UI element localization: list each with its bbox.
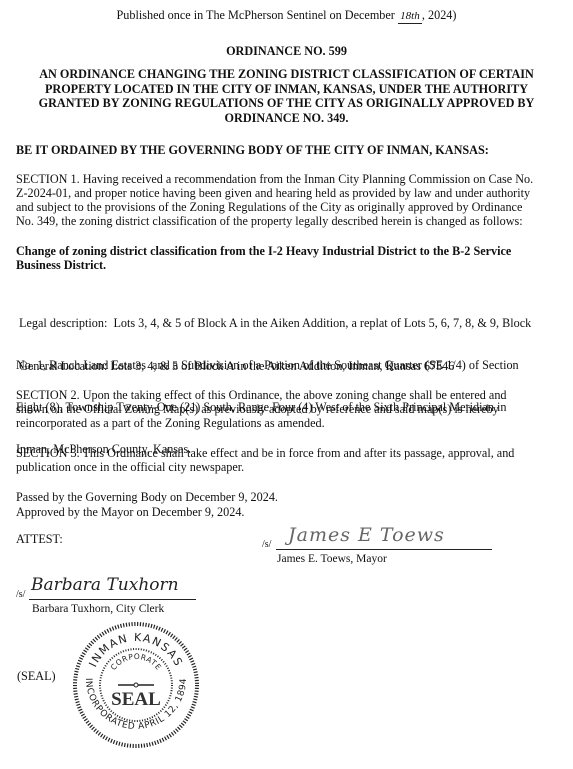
legal-description: Legal description: Lots 3, 4, & 5 of Blo… — [16, 288, 561, 470]
section-1: SECTION 1. Having received a recommendat… — [16, 172, 561, 228]
section-1-line: SECTION 1. Having received a recommendat… — [16, 172, 561, 186]
section-2-line: reincorporated as a part of the Zoning R… — [16, 416, 561, 430]
legal-description-line: Legal description: Lots 3, 4, & 5 of Blo… — [16, 316, 561, 330]
section-1-line: Z-2024-01, and proper notice having been… — [16, 186, 561, 200]
publication-prefix: Published once in The McPherson Sentinel… — [117, 8, 395, 22]
section-1-line: and subject to the provisions of the Zon… — [16, 200, 561, 214]
clerk-sig-prefix: /s/ — [16, 588, 25, 602]
attest-label: ATTEST: — [16, 532, 63, 546]
change-heading-line: Business District. — [16, 258, 561, 272]
publication-note: Published once in The McPherson Sentinel… — [0, 8, 573, 24]
ordinance-title: AN ORDINANCE CHANGING THE ZONING DISTRIC… — [0, 67, 573, 125]
general-location: General Location: Lots 3, 4, & 5 of Bloc… — [16, 359, 561, 373]
section-3-line: publication once in the official city ne… — [16, 460, 561, 474]
section-3-line: SECTION 3. This Ordinance shall take eff… — [16, 446, 561, 460]
ordinance-number: ORDINANCE NO. 599 — [0, 44, 573, 58]
approved-line: Approved by the Mayor on December 9, 202… — [16, 505, 561, 519]
change-heading-line: Change of zoning district classification… — [16, 244, 561, 258]
clerk-signature-block: /s/ Barbara Tuxhorn — [16, 578, 201, 600]
passed-line: Passed by the Governing Body on December… — [16, 490, 561, 504]
corporate-seal-icon: INMAN KANSAS INCORPORATED APRIL 12, 1894… — [70, 619, 202, 751]
section-2-line: SECTION 2. Upon the taking effect of thi… — [16, 388, 561, 402]
change-heading: Change of zoning district classification… — [16, 244, 561, 272]
enacting-clause: BE IT ORDAINED BY THE GOVERNING BODY OF … — [16, 143, 561, 157]
mayor-name-title: James E. Toews, Mayor — [277, 552, 387, 566]
mayor-signature-line: James E Toews — [276, 528, 492, 550]
mayor-sig-prefix: /s/ — [262, 538, 271, 552]
title-line: GRANTED BY ZONING REGULATIONS OF THE CIT… — [0, 96, 573, 111]
seal-center: SEAL — [111, 689, 161, 710]
publication-suffix: , 2024) — [422, 8, 457, 22]
section-2: SECTION 2. Upon the taking effect of thi… — [16, 388, 561, 430]
seal-label: (SEAL) — [17, 669, 56, 683]
mayor-signature-block: /s/ James E Toews — [262, 528, 494, 550]
section-3: SECTION 3. This Ordinance shall take eff… — [16, 446, 561, 474]
clerk-name-title: Barbara Tuxhorn, City Clerk — [32, 602, 164, 616]
clerk-signature: Barbara Tuxhorn — [31, 578, 179, 592]
handwritten-day: 18th — [398, 9, 422, 24]
title-line: ORDINANCE NO. 349. — [0, 111, 573, 126]
clerk-signature-line: Barbara Tuxhorn — [29, 578, 196, 600]
section-2-line: shown on the Official Zoning Map(s) as p… — [16, 402, 561, 416]
title-line: AN ORDINANCE CHANGING THE ZONING DISTRIC… — [0, 67, 573, 82]
mayor-signature: James E Toews — [288, 528, 445, 542]
title-line: PROPERTY LOCATED IN THE CITY OF INMAN, K… — [0, 82, 573, 97]
section-1-line: No. 349, the zoning district classificat… — [16, 214, 561, 228]
